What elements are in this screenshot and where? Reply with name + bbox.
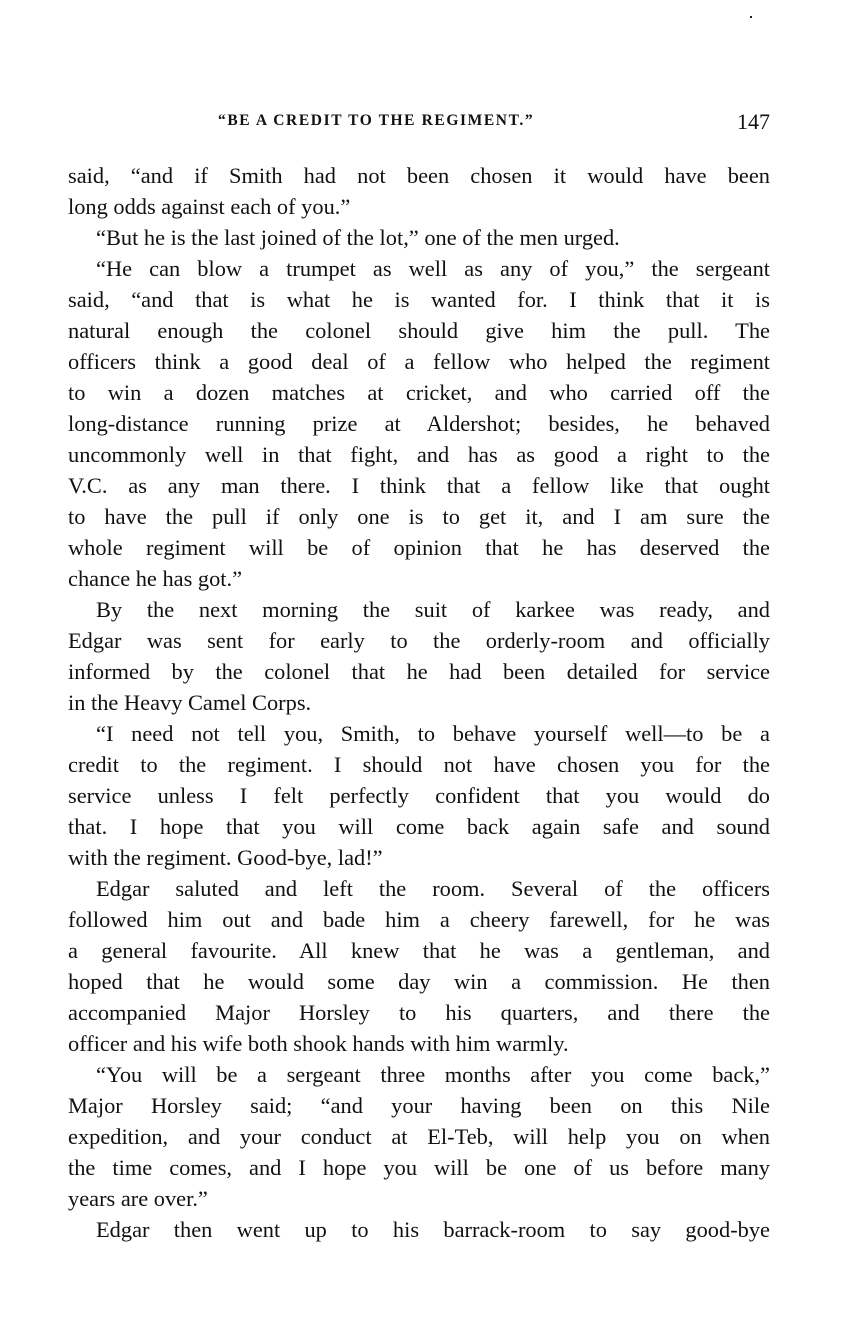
scan-speck [750,16,752,18]
text-line: “You will be a sergeant three months aft… [68,1059,770,1090]
text-line: that. I hope that you will come back aga… [68,811,770,842]
text-line: chance he has got.” [68,563,770,594]
running-head: “BE A CREDIT TO THE REGIMENT.” 147 [68,112,770,140]
text-line: V.C. as any man there. I think that a fe… [68,470,770,501]
text-line: to have the pull if only one is to get i… [68,501,770,532]
paragraph: “You will be a sergeant three months aft… [68,1059,770,1214]
text-line: natural enough the colonel should give h… [68,315,770,346]
running-title: “BE A CREDIT TO THE REGIMENT.” [218,112,534,130]
text-line: Edgar was sent for early to the orderly-… [68,625,770,656]
text-line: the time comes, and I hope you will be o… [68,1152,770,1183]
text-line: hoped that he would some day win a commi… [68,966,770,997]
text-line: “He can blow a trumpet as well as any of… [68,253,770,284]
text-line: By the next morning the suit of karkee w… [68,594,770,625]
page-number: 147 [737,109,770,135]
text-line: service unless I felt perfectly confiden… [68,780,770,811]
text-line: said, “and that is what he is wanted for… [68,284,770,315]
body-text: said, “and if Smith had not been chosen … [68,160,770,1245]
paragraph: “I need not tell you, Smith, to behave y… [68,718,770,873]
paragraph: Edgar saluted and left the room. Several… [68,873,770,1059]
paragraph: By the next morning the suit of karkee w… [68,594,770,718]
text-line: Major Horsley said; “and your having bee… [68,1090,770,1121]
text-line: credit to the regiment. I should not hav… [68,749,770,780]
paragraph: “He can blow a trumpet as well as any of… [68,253,770,594]
paragraph: said, “and if Smith had not been chosen … [68,160,770,222]
text-line: accompanied Major Horsley to his quarter… [68,997,770,1028]
text-line: expedition, and your conduct at El-Teb, … [68,1121,770,1152]
text-line: a general favourite. All knew that he wa… [68,935,770,966]
text-line: in the Heavy Camel Corps. [68,687,770,718]
text-line: “I need not tell you, Smith, to behave y… [68,718,770,749]
text-line: informed by the colonel that he had been… [68,656,770,687]
text-line: “But he is the last joined of the lot,” … [68,222,770,253]
text-line: to win a dozen matches at cricket, and w… [68,377,770,408]
paragraph: Edgar then went up to his barrack-room t… [68,1214,770,1245]
text-line: officer and his wife both shook hands wi… [68,1028,770,1059]
text-line: with the regiment. Good-bye, lad!” [68,842,770,873]
paragraph: “But he is the last joined of the lot,” … [68,222,770,253]
text-line: said, “and if Smith had not been chosen … [68,160,770,191]
text-line: long odds against each of you.” [68,191,770,222]
text-line: whole regiment will be of opinion that h… [68,532,770,563]
text-line: Edgar then went up to his barrack-room t… [68,1214,770,1245]
text-line: followed him out and bade him a cheery f… [68,904,770,935]
text-line: Edgar saluted and left the room. Several… [68,873,770,904]
text-line: officers think a good deal of a fellow w… [68,346,770,377]
text-line: uncommonly well in that fight, and has a… [68,439,770,470]
text-line: years are over.” [68,1183,770,1214]
text-line: long-distance running prize at Aldershot… [68,408,770,439]
